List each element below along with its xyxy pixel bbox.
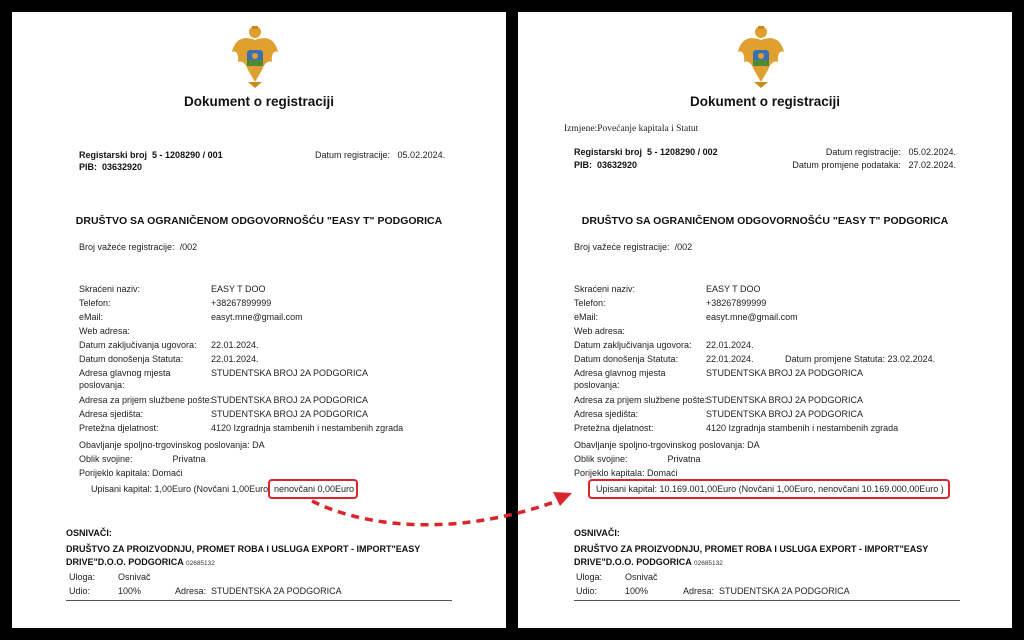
comparison-arrow-icon <box>0 0 1024 640</box>
